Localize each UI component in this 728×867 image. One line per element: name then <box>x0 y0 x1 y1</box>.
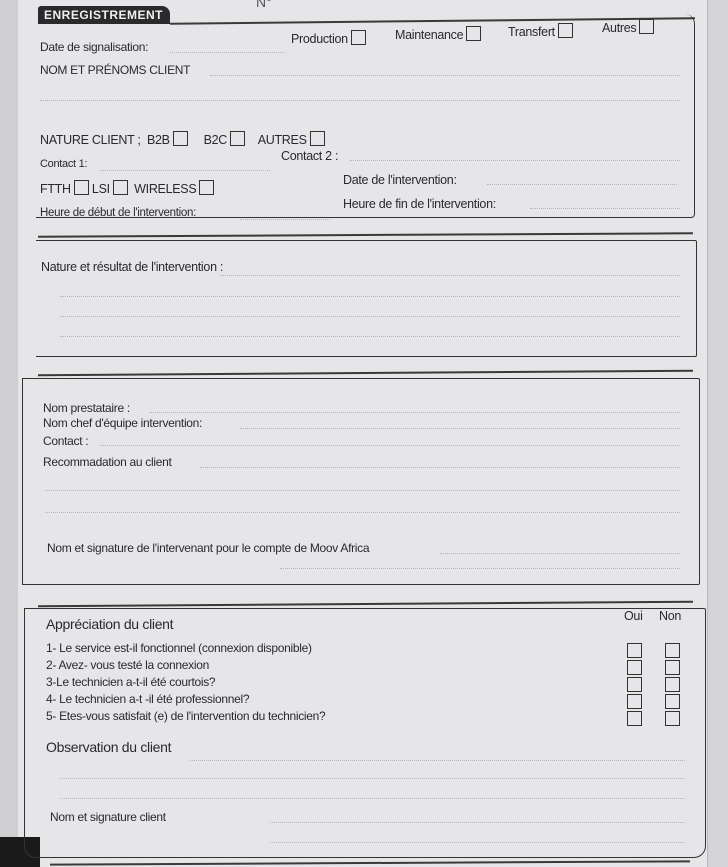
observation-line-3[interactable] <box>60 798 685 799</box>
wireless-checkbox[interactable] <box>199 180 214 195</box>
type-production[interactable]: Production <box>291 30 366 46</box>
production-checkbox[interactable] <box>351 30 366 45</box>
question-1-oui-checkbox[interactable] <box>627 643 642 658</box>
contact2-field[interactable] <box>350 160 680 161</box>
nature-client-label: NATURE CLIENT ; <box>40 133 141 147</box>
form-number: N° <box>256 0 272 10</box>
signature-intervenant-field[interactable] <box>440 553 680 554</box>
contact1-field[interactable] <box>100 170 270 171</box>
type-transfert[interactable]: Transfert <box>508 23 573 39</box>
transfert-checkbox[interactable] <box>558 23 573 38</box>
heure-debut-field[interactable] <box>240 219 330 220</box>
type-transfert-label: Transfert <box>508 25 555 39</box>
nom-prestataire-label: Nom prestataire : <box>43 401 130 415</box>
type-maintenance[interactable]: Maintenance <box>395 26 481 42</box>
heure-fin-field[interactable] <box>530 208 680 209</box>
type-autres[interactable]: Autres <box>602 19 654 35</box>
nature-resultat-line-4[interactable] <box>60 336 680 337</box>
question-4: 4- Le technicien a-t -il été professionn… <box>46 692 249 706</box>
date-signalisation-label: Date de signalisation: <box>40 40 148 54</box>
lsi-label: LSI <box>92 182 110 196</box>
observation-line-1[interactable] <box>190 760 685 761</box>
ftth-checkbox[interactable] <box>74 180 89 195</box>
type-maintenance-label: Maintenance <box>395 28 463 42</box>
contact-label: Contact : <box>43 434 88 448</box>
date-intervention-label: Date de l'intervention: <box>343 173 457 187</box>
oui-column-header: Oui <box>624 609 643 623</box>
recommandation-label: Recommadation au client <box>43 455 172 469</box>
contact1-label: Contact 1: <box>40 158 87 170</box>
heure-fin-label: Heure de fin de l'intervention: <box>343 197 496 211</box>
nature-resultat-label: Nature et résultat de l'intervention : <box>41 260 223 274</box>
nature-resultat-line-1[interactable] <box>220 275 680 276</box>
non-column-header: Non <box>659 609 681 623</box>
autres-client-label: AUTRES <box>258 133 307 147</box>
signature-intervenant-line-2[interactable] <box>280 568 680 569</box>
question-4-oui-checkbox[interactable] <box>627 694 642 709</box>
recommandation-line-1[interactable] <box>200 467 680 468</box>
contact2-label: Contact 2 : <box>281 149 338 163</box>
nom-client-label: NOM ET PRÉNOMS CLIENT <box>40 63 190 77</box>
question-2-oui-checkbox[interactable] <box>627 660 642 675</box>
question-1-non-checkbox[interactable] <box>665 643 680 658</box>
contact-field[interactable] <box>100 445 680 446</box>
page-left-edge <box>0 0 18 867</box>
chef-equipe-label: Nom chef d'équipe intervention: <box>43 416 202 430</box>
signature-client-label: Nom et signature client <box>50 810 166 824</box>
date-signalisation-field[interactable] <box>170 52 285 53</box>
question-1: 1- Le service est-il fonctionnel (connex… <box>46 641 312 655</box>
signature-intervenant-label: Nom et signature de l'intervenant pour l… <box>47 541 369 555</box>
type-production-label: Production <box>291 32 348 46</box>
b2b-checkbox[interactable] <box>173 131 188 146</box>
signature-client-line-2[interactable] <box>270 842 685 843</box>
b2c-checkbox[interactable] <box>230 131 245 146</box>
question-5-oui-checkbox[interactable] <box>627 711 642 726</box>
technologie: FTTH LSI WIRELESS <box>40 180 214 196</box>
recommandation-line-2[interactable] <box>45 490 680 491</box>
question-3-oui-checkbox[interactable] <box>627 677 642 692</box>
nom-prestataire-field[interactable] <box>150 412 680 413</box>
ftth-label: FTTH <box>40 182 71 196</box>
wireless-label: WIRELESS <box>134 182 196 196</box>
question-3-non-checkbox[interactable] <box>665 677 680 692</box>
heure-debut-label: Heure de début de l'intervention: <box>40 207 196 219</box>
observation-label: Observation du client <box>46 739 171 755</box>
question-5: 5- Etes-vous satisfait (e) de l'interven… <box>46 709 325 723</box>
nature-resultat-line-2[interactable] <box>60 296 680 297</box>
intervention-box <box>36 240 697 357</box>
appreciation-title: Appréciation du client <box>46 616 173 632</box>
autres-checkbox[interactable] <box>639 19 654 34</box>
observation-line-2[interactable] <box>60 778 685 779</box>
question-4-non-checkbox[interactable] <box>665 694 680 709</box>
question-3: 3-Le technicien a-t-il été courtois? <box>46 675 215 689</box>
question-5-non-checkbox[interactable] <box>665 711 680 726</box>
date-intervention-field[interactable] <box>487 184 677 185</box>
b2c-label: B2C <box>204 133 227 147</box>
maintenance-checkbox[interactable] <box>466 26 481 41</box>
signature-client-field[interactable] <box>270 822 685 823</box>
question-2-non-checkbox[interactable] <box>665 660 680 675</box>
autres-client-checkbox[interactable] <box>310 131 325 146</box>
page-right-edge <box>707 0 728 867</box>
b2b-label: B2B <box>147 133 170 147</box>
nature-resultat-line-3[interactable] <box>60 316 680 317</box>
nom-client-field-line2[interactable] <box>40 100 680 101</box>
type-autres-label: Autres <box>602 21 636 35</box>
nom-client-field[interactable] <box>210 75 680 76</box>
recommandation-line-3[interactable] <box>45 512 680 513</box>
lsi-checkbox[interactable] <box>113 180 128 195</box>
chef-equipe-field[interactable] <box>240 428 680 429</box>
question-2: 2- Avez- vous testé la connexion <box>46 658 209 672</box>
nature-client: NATURE CLIENT ; B2B B2C AUTRES <box>40 131 325 147</box>
